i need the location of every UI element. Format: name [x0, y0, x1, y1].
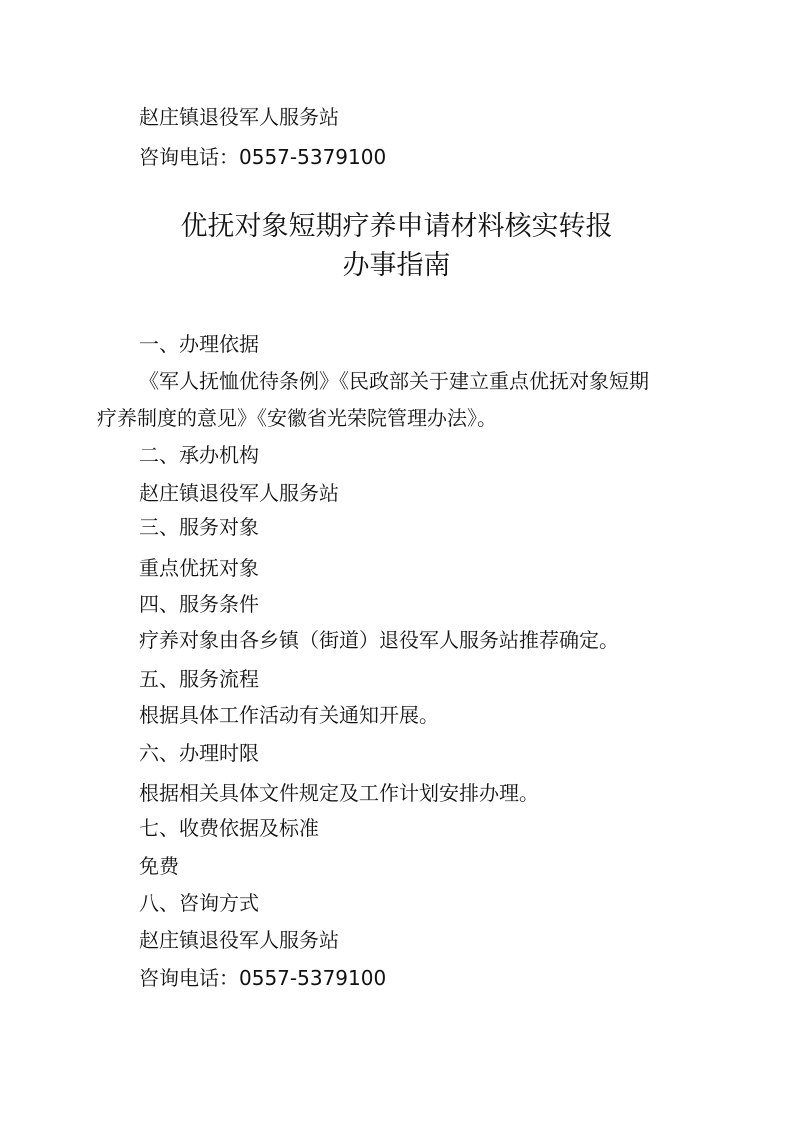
section-body-basis-line1: 《军人抚恤优待条例》《民政部关于建立重点优抚对象短期 [139, 369, 649, 393]
section-body-target: 重点优抚对象 [139, 556, 259, 580]
section-body-fees: 免费 [139, 854, 179, 878]
section-heading-basis: 一、办理依据 [139, 332, 259, 356]
header-phone: 咨询电话：0557-5379100 [139, 145, 386, 169]
section-heading-conditions: 四、服务条件 [139, 592, 259, 616]
page-title-line1: 优抚对象短期疗养申请材料核实转报 [0, 211, 793, 243]
section-heading-agency: 二、承办机构 [139, 443, 259, 467]
section-body-time-limit: 根据相关具体文件规定及工作计划安排办理。 [139, 781, 539, 805]
section-body-basis-line2: 疗养制度的意见》《安徽省光荣院管理办法》。 [97, 406, 497, 430]
section-body-process: 根据具体工作活动有关通知开展。 [139, 703, 439, 727]
section-body-conditions: 疗养对象由各乡镇（街道）退役军人服务站推荐确定。 [139, 628, 619, 652]
section-heading-contact: 八、咨询方式 [139, 891, 259, 915]
section-heading-fees: 七、收费依据及标准 [139, 816, 319, 840]
section-heading-time-limit: 六、办理时限 [139, 741, 259, 765]
section-body-contact-office: 赵庄镇退役军人服务站 [139, 928, 339, 952]
section-body-contact-phone: 咨询电话：0557-5379100 [139, 966, 386, 990]
page-title-line2: 办事指南 [0, 250, 793, 282]
section-heading-target: 三、服务对象 [139, 515, 259, 539]
section-body-agency: 赵庄镇退役军人服务站 [139, 481, 339, 505]
header-office: 赵庄镇退役军人服务站 [139, 105, 339, 129]
section-heading-process: 五、服务流程 [139, 667, 259, 691]
